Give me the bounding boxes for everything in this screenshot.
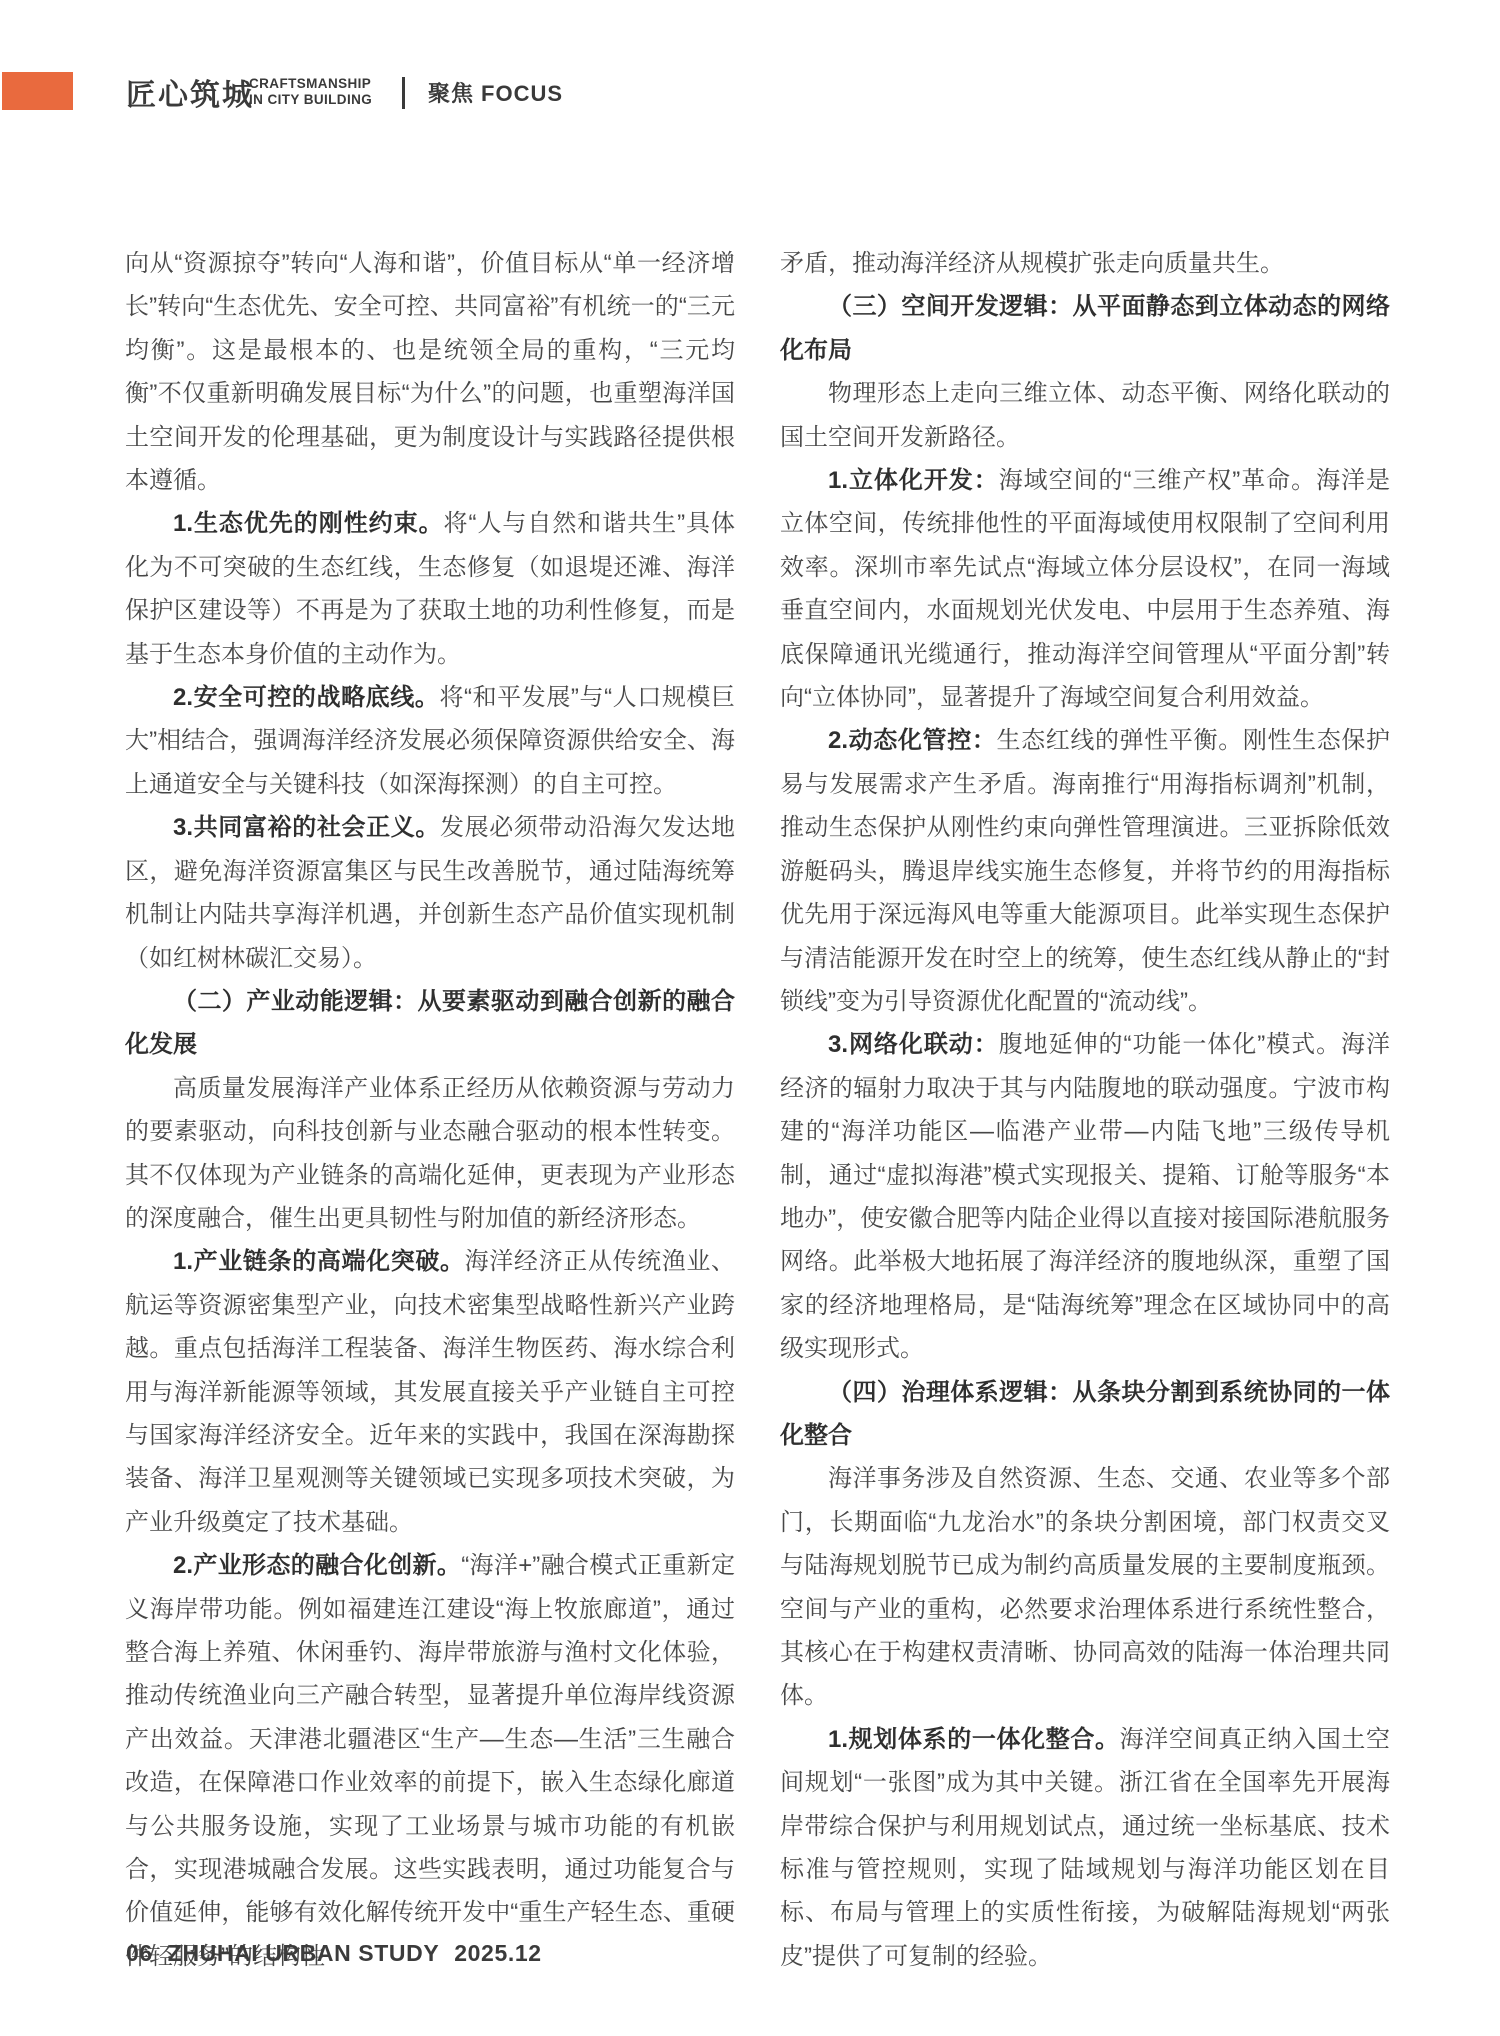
paragraph: 海洋事务涉及自然资源、生态、交通、农业等多个部门，长期面临“九龙治水”的条块分割… xyxy=(780,1457,1390,1717)
issue-date: 2025.12 xyxy=(454,1940,541,1966)
text-run: （三）空间开发逻辑：从平面静态到立体动态的网络化布局 xyxy=(780,293,1390,363)
text-run: 3.共同富裕的社会正义。 xyxy=(173,814,440,841)
paragraph: （二）产业动能逻辑：从要素驱动到融合创新的融合化发展 xyxy=(125,980,735,1067)
article-column-left: 向从“资源掠夺”转向“人海和谐”，价值目标从“单一经济增长”转向“生态优先、安全… xyxy=(125,242,735,1978)
paragraph: 1.规划体系的一体化整合。海洋空间真正纳入国土空间规划“一张图”成为其中关键。浙… xyxy=(780,1718,1390,1978)
paragraph: 3.共同富裕的社会正义。发展必须带动沿海欠发达地区，避免海洋资源富集区与民生改善… xyxy=(125,806,735,980)
text-run: 1.产业链条的高端化突破。 xyxy=(173,1248,465,1275)
text-run: （二）产业动能逻辑：从要素驱动到融合创新的融合化发展 xyxy=(125,988,735,1058)
section-label-en: FOCUS xyxy=(481,81,563,106)
paragraph: （三）空间开发逻辑：从平面静态到立体动态的网络化布局 xyxy=(780,285,1390,372)
paragraph: 物理形态上走向三维立体、动态平衡、网络化联动的国土空间开发新路径。 xyxy=(780,372,1390,459)
paragraph: 3.网络化联动：腹地延伸的“功能一体化”模式。海洋经济的辐射力取决于其与内陆腹地… xyxy=(780,1023,1390,1370)
journal-name: ZHUHAI URBAN STUDY xyxy=(168,1940,439,1966)
page-number: 06 xyxy=(126,1940,153,1966)
paragraph: 2.动态化管控：生态红线的弹性平衡。刚性生态保护易与发展需求产生矛盾。海南推行“… xyxy=(780,719,1390,1023)
article-column-right: 矛盾，推动海洋经济从规模扩张走向质量共生。（三）空间开发逻辑：从平面静态到立体动… xyxy=(780,242,1390,1978)
brand-subtitle-line2: IN CITY BUILDING xyxy=(249,92,372,108)
text-run: 腹地延伸的“功能一体化”模式。海洋经济的辐射力取决于其与内陆腹地的联动强度。宁波… xyxy=(780,1031,1390,1362)
text-run: 向从“资源掠夺”转向“人海和谐”，价值目标从“单一经济增长”转向“生态优先、安全… xyxy=(125,250,735,494)
text-run: 1.生态优先的刚性约束。 xyxy=(173,510,444,537)
paragraph: 向从“资源掠夺”转向“人海和谐”，价值目标从“单一经济增长”转向“生态优先、安全… xyxy=(125,242,735,502)
text-run: 1.立体化开发： xyxy=(828,467,999,494)
text-run: 海域空间的“三维产权”革命。海洋是立体空间，传统排他性的平面海域使用权限制了空间… xyxy=(780,467,1390,711)
text-run: 高质量发展海洋产业体系正经历从依赖资源与劳动力的要素驱动，向科技创新与业态融合驱… xyxy=(125,1075,735,1232)
paragraph: 1.生态优先的刚性约束。将“人与自然和谐共生”具体化为不可突破的生态红线，生态修… xyxy=(125,502,735,676)
text-run: 2.安全可控的战略底线。 xyxy=(173,684,439,711)
text-run: 2.动态化管控： xyxy=(828,727,996,754)
header-divider xyxy=(402,77,405,109)
page: 匠心筑城 CRAFTSMANSHIP IN CITY BUILDING 聚焦FO… xyxy=(0,0,1500,2036)
paragraph: 高质量发展海洋产业体系正经历从依赖资源与劳动力的要素驱动，向科技创新与业态融合驱… xyxy=(125,1067,735,1241)
footer: 06ZHUHAI URBAN STUDY2025.12 xyxy=(126,1940,542,1967)
paragraph: 2.产业形态的融合化创新。“海洋+”融合模式正重新定义海岸带功能。例如福建连江建… xyxy=(125,1544,735,1978)
paragraph: （四）治理体系逻辑：从条块分割到系统协同的一体化整合 xyxy=(780,1371,1390,1458)
section-label-cn: 聚焦 xyxy=(428,81,474,106)
text-run: （四）治理体系逻辑：从条块分割到系统协同的一体化整合 xyxy=(780,1379,1390,1449)
text-run: 物理形态上走向三维立体、动态平衡、网络化联动的国土空间开发新路径。 xyxy=(780,380,1390,450)
text-run: 2.产业形态的融合化创新。 xyxy=(173,1552,461,1579)
paragraph: 1.产业链条的高端化突破。海洋经济正从传统渔业、航运等资源密集型产业，向技术密集… xyxy=(125,1240,735,1544)
text-run: 矛盾，推动海洋经济从规模扩张走向质量共生。 xyxy=(780,250,1284,277)
brand-title: 匠心筑城 xyxy=(126,70,254,114)
text-run: “海洋+”融合模式正重新定义海岸带功能。例如福建连江建设“海上牧旅廊道”，通过整… xyxy=(125,1552,735,1970)
text-run: 海洋空间真正纳入国土空间规划“一张图”成为其中关键。浙江省在全国率先开展海岸带综… xyxy=(780,1726,1390,1970)
text-run: 海洋经济正从传统渔业、航运等资源密集型产业，向技术密集型战略性新兴产业跨越。重点… xyxy=(125,1248,735,1535)
text-run: 1.规划体系的一体化整合。 xyxy=(828,1726,1120,1753)
text-run: 海洋事务涉及自然资源、生态、交通、农业等多个部门，长期面临“九龙治水”的条块分割… xyxy=(780,1465,1390,1709)
paragraph: 矛盾，推动海洋经济从规模扩张走向质量共生。 xyxy=(780,242,1390,285)
brand-accent-block xyxy=(2,72,73,110)
brand-subtitle-line1: CRAFTSMANSHIP xyxy=(249,76,372,92)
brand-subtitle: CRAFTSMANSHIP IN CITY BUILDING xyxy=(249,76,372,108)
text-run: 生态红线的弹性平衡。刚性生态保护易与发展需求产生矛盾。海南推行“用海指标调剂”机… xyxy=(780,727,1390,1014)
paragraph: 2.安全可控的战略底线。将“和平发展”与“人口规模巨大”相结合，强调海洋经济发展… xyxy=(125,676,735,806)
text-run: 3.网络化联动： xyxy=(828,1031,999,1058)
paragraph: 1.立体化开发：海域空间的“三维产权”革命。海洋是立体空间，传统排他性的平面海域… xyxy=(780,459,1390,719)
section-label: 聚焦FOCUS xyxy=(428,77,563,108)
